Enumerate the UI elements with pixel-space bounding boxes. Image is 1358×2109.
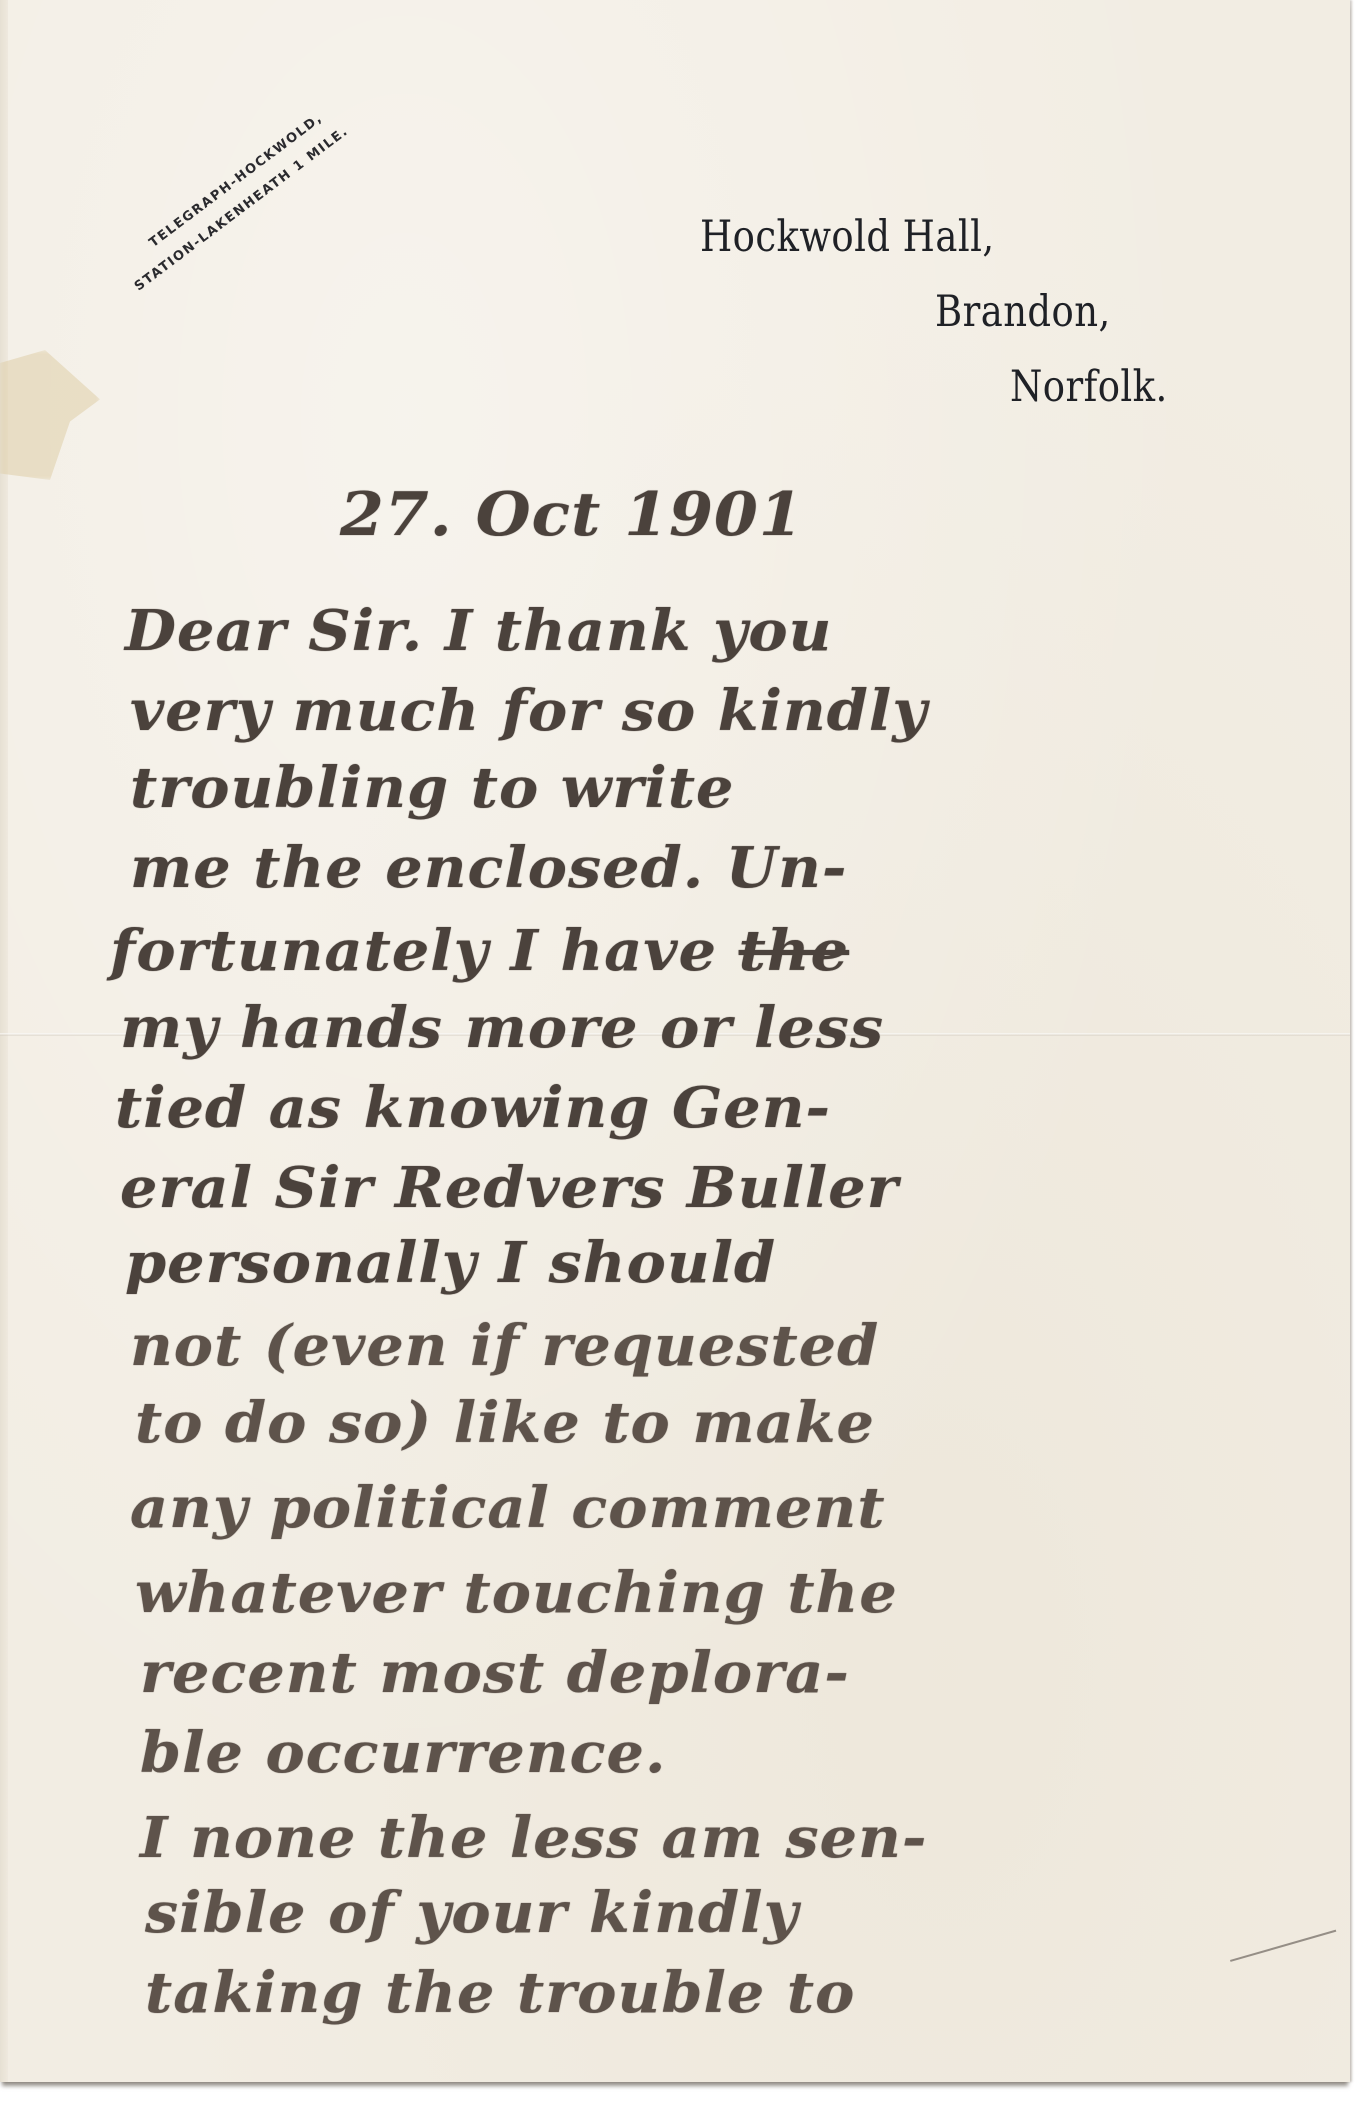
letter-line: fortunately I have the xyxy=(110,918,849,984)
letter-line: me the enclosed. Un- xyxy=(130,835,847,901)
letterhead-town: Brandon, xyxy=(935,287,1111,337)
telegraph-station-stamp: TELEGRAPH-HOCKWOLD, STATION-LAKENHEATH 1… xyxy=(100,81,355,299)
struck-out-word: the xyxy=(739,918,849,984)
letterhead-house: Hockwold Hall, xyxy=(700,212,995,262)
stamp-telegraph-line: TELEGRAPH-HOCKWOLD, xyxy=(144,99,340,256)
letter-line: tied as knowing Gen- xyxy=(115,1075,831,1141)
page-left-edge xyxy=(0,0,8,2082)
letter-line: troubling to write xyxy=(130,755,734,821)
letter-line: personally I should xyxy=(125,1230,776,1296)
letter-line: my hands more or less xyxy=(120,995,884,1061)
letter-date: 27. Oct 1901 xyxy=(340,480,804,550)
letter-line: whatever touching the xyxy=(135,1560,898,1626)
ink-pen-stroke xyxy=(1230,1930,1336,1962)
letter-line: recent most deplora- xyxy=(140,1640,850,1706)
letter-line: eral Sir Redvers Buller xyxy=(120,1155,899,1221)
letter-line: I none the less am sen- xyxy=(140,1805,927,1871)
letter-line: any political comment xyxy=(130,1475,886,1541)
letterhead-county: Norfolk. xyxy=(1010,362,1168,412)
letter-line: Dear Sir. I thank you xyxy=(125,598,832,664)
stamp-station-line: STATION-LAKENHEATH 1 MILE. xyxy=(129,120,355,299)
letter-line: to do so) like to make xyxy=(135,1390,875,1456)
letter-line: not (even if requested xyxy=(130,1313,879,1379)
letter-line-text: fortunately I have xyxy=(110,918,717,984)
letter-line: very much for so kindly xyxy=(130,678,928,744)
letter-page: TELEGRAPH-HOCKWOLD, STATION-LAKENHEATH 1… xyxy=(0,0,1350,2082)
paper-stain xyxy=(0,350,100,480)
letter-line: sible of your kindly xyxy=(145,1880,799,1946)
letter-line: taking the trouble to xyxy=(145,1960,855,2026)
letter-line: ble occurrence. xyxy=(140,1720,666,1786)
